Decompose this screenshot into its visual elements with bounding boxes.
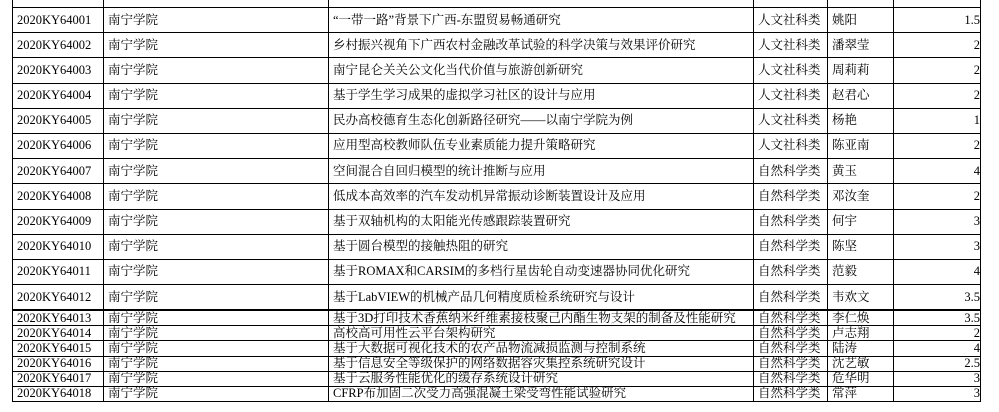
cell-project-id: 2020KY64018 <box>13 386 104 401</box>
cell-project-title: 乡村振兴视角下广西农村金融改革试验的科学决策与效果评价研究 <box>329 33 754 58</box>
cell-funding-amount: 4 <box>894 159 981 184</box>
cell-leader-name: 李仁焕 <box>828 310 894 326</box>
cell-funding-amount: 3.5 <box>894 285 981 311</box>
table-row: 2020KY64003南宁学院南宁昆仑关关公文化当代价值与旅游创新研究人文社科类… <box>13 58 981 83</box>
table-row: 2020KY64004南宁学院基于学生学习成果的虚拟学习社区的设计与应用人文社科… <box>13 83 981 108</box>
cell-project-title: “一带一路”背景下广西-东盟贸易畅通研究 <box>329 8 754 33</box>
cell-institution: 南宁学院 <box>104 133 329 158</box>
cell-category: 自然科学类 <box>754 159 828 184</box>
cell-project-title: 基于圆台模型的接触热阻的研究 <box>329 234 754 259</box>
cell-leader-name: 卢志翔 <box>828 326 894 341</box>
cell-category: 自然科学类 <box>754 326 828 341</box>
cell-project-id: 2020KY64014 <box>13 326 104 341</box>
cell-project-id: 2020KY64013 <box>13 310 104 326</box>
cell-category: 自然科学类 <box>754 285 828 311</box>
funding-projects-table: 2020KY64001南宁学院“一带一路”背景下广西-东盟贸易畅通研究人文社科类… <box>12 0 981 402</box>
cell-institution: 南宁学院 <box>104 184 329 209</box>
cell-leader-name: 危华明 <box>828 371 894 386</box>
cell-category: 自然科学类 <box>754 209 828 234</box>
cell-institution: 南宁学院 <box>104 83 329 108</box>
table-row: 2020KY64010南宁学院基于圆台模型的接触热阻的研究自然科学类陈坚3 <box>13 234 981 259</box>
table-row: 2020KY64013南宁学院基于3D打印技术香蕉纳米纤维素接枝聚己内酯生物支架… <box>13 310 981 326</box>
cell-category: 自然科学类 <box>754 371 828 386</box>
table-row: 2020KY64002南宁学院乡村振兴视角下广西农村金融改革试验的科学决策与效果… <box>13 33 981 58</box>
cell-project-id: 2020KY64003 <box>13 58 104 83</box>
cell-project-id: 2020KY64004 <box>13 83 104 108</box>
cell-category: 自然科学类 <box>754 184 828 209</box>
table-row: 2020KY64018南宁学院CFRP布加固二次受力高强混凝土梁受弯性能试验研究… <box>13 386 981 401</box>
cell-project-id: 2020KY64016 <box>13 356 104 371</box>
cell-category: 自然科学类 <box>754 341 828 356</box>
cell-funding-amount: 2 <box>894 184 981 209</box>
cell-category: 人文社科类 <box>754 8 828 33</box>
cell-funding-amount: 4 <box>894 259 981 284</box>
document-canvas: 2020KY64001南宁学院“一带一路”背景下广西-东盟贸易畅通研究人文社科类… <box>0 0 999 412</box>
table-row: 2020KY64011南宁学院基于ROMAX和CARSIM的多档行星齿轮自动变速… <box>13 259 981 284</box>
cell-institution: 南宁学院 <box>104 356 329 371</box>
cell-project-id: 2020KY64002 <box>13 33 104 58</box>
cell-funding-amount: 2 <box>894 58 981 83</box>
cell-institution: 南宁学院 <box>104 386 329 401</box>
cell-funding-amount: 1.5 <box>894 8 981 33</box>
cell-category: 自然科学类 <box>754 234 828 259</box>
cell-leader-name: 潘翠莹 <box>828 33 894 58</box>
cell-institution: 南宁学院 <box>104 285 329 311</box>
cell-project-title: 南宁昆仑关关公文化当代价值与旅游创新研究 <box>329 58 754 83</box>
table-row: 2020KY64007南宁学院空间混合自回归模型的统计推断与应用自然科学类黄玉4 <box>13 159 981 184</box>
cell-project-id: 2020KY64006 <box>13 133 104 158</box>
cell-leader-name: 陈坚 <box>828 234 894 259</box>
cell-project-id: 2020KY64010 <box>13 234 104 259</box>
cell-category: 人文社科类 <box>754 58 828 83</box>
cell-institution: 南宁学院 <box>104 341 329 356</box>
cell-category: 人文社科类 <box>754 108 828 133</box>
table-row: 2020KY64014南宁学院高校高可用性云平台架构研究自然科学类卢志翔2 <box>13 326 981 341</box>
cell-leader-name: 姚阳 <box>828 8 894 33</box>
table-row: 2020KY64009南宁学院基于双轴机构的太阳能光传感跟踪装置研究自然科学类何… <box>13 209 981 234</box>
empty-cell <box>104 0 329 8</box>
table-row: 2020KY64016南宁学院基于信息安全等级保护的网络数据容灾集控系统研究设计… <box>13 356 981 371</box>
cell-project-id: 2020KY64005 <box>13 108 104 133</box>
cell-project-id: 2020KY64001 <box>13 8 104 33</box>
cell-project-id: 2020KY64012 <box>13 285 104 311</box>
cell-project-title: 高校高可用性云平台架构研究 <box>329 326 754 341</box>
cell-category: 人文社科类 <box>754 83 828 108</box>
cell-institution: 南宁学院 <box>104 259 329 284</box>
cell-project-id: 2020KY64011 <box>13 259 104 284</box>
cell-leader-name: 邓汝奎 <box>828 184 894 209</box>
table-row: 2020KY64001南宁学院“一带一路”背景下广西-东盟贸易畅通研究人文社科类… <box>13 8 981 33</box>
cell-funding-amount: 3 <box>894 234 981 259</box>
table-row: 2020KY64015南宁学院基于大数据可视化技术的农产品物流减损监测与控制系统… <box>13 341 981 356</box>
cell-project-title: 基于云服务性能优化的缓存系统设计研究 <box>329 371 754 386</box>
table-row: 2020KY64005南宁学院民办高校德育生态化创新路径研究——以南宁学院为例人… <box>13 108 981 133</box>
cell-project-title: 基于信息安全等级保护的网络数据容灾集控系统研究设计 <box>329 356 754 371</box>
cell-leader-name: 赵君心 <box>828 83 894 108</box>
cell-project-id: 2020KY64007 <box>13 159 104 184</box>
cell-project-title: 基于大数据可视化技术的农产品物流减损监测与控制系统 <box>329 341 754 356</box>
cell-category: 人文社科类 <box>754 133 828 158</box>
cell-leader-name: 常萍 <box>828 386 894 401</box>
cell-institution: 南宁学院 <box>104 234 329 259</box>
empty-cell <box>828 0 894 8</box>
cell-funding-amount: 2 <box>894 33 981 58</box>
cell-funding-amount: 2.5 <box>894 356 981 371</box>
cell-project-title: 基于LabVIEW的机械产品几何精度质检系统研究与设计 <box>329 285 754 311</box>
cell-project-title: 低成本高效率的汽车发动机异常振动诊断装置设计及应用 <box>329 184 754 209</box>
cell-institution: 南宁学院 <box>104 371 329 386</box>
table-row: 2020KY64008南宁学院低成本高效率的汽车发动机异常振动诊断装置设计及应用… <box>13 184 981 209</box>
empty-cell <box>754 0 828 8</box>
cell-leader-name: 韦欢文 <box>828 285 894 311</box>
cell-funding-amount: 3 <box>894 371 981 386</box>
cell-funding-amount: 1 <box>894 108 981 133</box>
cell-institution: 南宁学院 <box>104 108 329 133</box>
cell-funding-amount: 4 <box>894 341 981 356</box>
empty-cell <box>13 0 104 8</box>
cell-leader-name: 沈艺敏 <box>828 356 894 371</box>
cell-category: 自然科学类 <box>754 386 828 401</box>
empty-cell <box>894 0 981 8</box>
cell-category: 自然科学类 <box>754 310 828 326</box>
table-row: 2020KY64012南宁学院基于LabVIEW的机械产品几何精度质检系统研究与… <box>13 285 981 311</box>
cell-leader-name: 范毅 <box>828 259 894 284</box>
cell-project-title: 基于ROMAX和CARSIM的多档行星齿轮自动变速器协同优化研究 <box>329 259 754 284</box>
cell-institution: 南宁学院 <box>104 159 329 184</box>
cell-funding-amount: 3.5 <box>894 310 981 326</box>
cell-institution: 南宁学院 <box>104 209 329 234</box>
cell-project-title: 空间混合自回归模型的统计推断与应用 <box>329 159 754 184</box>
cell-institution: 南宁学院 <box>104 8 329 33</box>
cell-project-id: 2020KY64008 <box>13 184 104 209</box>
cell-leader-name: 陈亚南 <box>828 133 894 158</box>
cell-leader-name: 黄玉 <box>828 159 894 184</box>
cell-project-id: 2020KY64009 <box>13 209 104 234</box>
cell-leader-name: 杨艳 <box>828 108 894 133</box>
empty-cell <box>329 0 754 8</box>
cell-leader-name: 周莉莉 <box>828 58 894 83</box>
cell-project-title: 民办高校德育生态化创新路径研究——以南宁学院为例 <box>329 108 754 133</box>
cell-institution: 南宁学院 <box>104 326 329 341</box>
table-row: 2020KY64017南宁学院基于云服务性能优化的缓存系统设计研究自然科学类危华… <box>13 371 981 386</box>
cell-category: 人文社科类 <box>754 33 828 58</box>
cut-off-row <box>13 0 981 8</box>
cell-funding-amount: 2 <box>894 83 981 108</box>
cell-leader-name: 何宇 <box>828 209 894 234</box>
cell-funding-amount: 2 <box>894 326 981 341</box>
cell-project-id: 2020KY64017 <box>13 371 104 386</box>
cell-leader-name: 陆涛 <box>828 341 894 356</box>
cell-project-id: 2020KY64015 <box>13 341 104 356</box>
cell-project-title: 基于双轴机构的太阳能光传感跟踪装置研究 <box>329 209 754 234</box>
cell-institution: 南宁学院 <box>104 33 329 58</box>
cell-project-title: 基于3D打印技术香蕉纳米纤维素接枝聚己内酯生物支架的制备及性能研究 <box>329 310 754 326</box>
cell-funding-amount: 3 <box>894 209 981 234</box>
cell-category: 自然科学类 <box>754 356 828 371</box>
cell-institution: 南宁学院 <box>104 310 329 326</box>
table-row: 2020KY64006南宁学院应用型高校教师队伍专业素质能力提升策略研究人文社科… <box>13 133 981 158</box>
cell-institution: 南宁学院 <box>104 58 329 83</box>
cell-funding-amount: 2 <box>894 133 981 158</box>
cell-funding-amount: 3 <box>894 386 981 401</box>
cell-category: 自然科学类 <box>754 259 828 284</box>
cell-project-title: 应用型高校教师队伍专业素质能力提升策略研究 <box>329 133 754 158</box>
cell-project-title: CFRP布加固二次受力高强混凝土梁受弯性能试验研究 <box>329 386 754 401</box>
cell-project-title: 基于学生学习成果的虚拟学习社区的设计与应用 <box>329 83 754 108</box>
